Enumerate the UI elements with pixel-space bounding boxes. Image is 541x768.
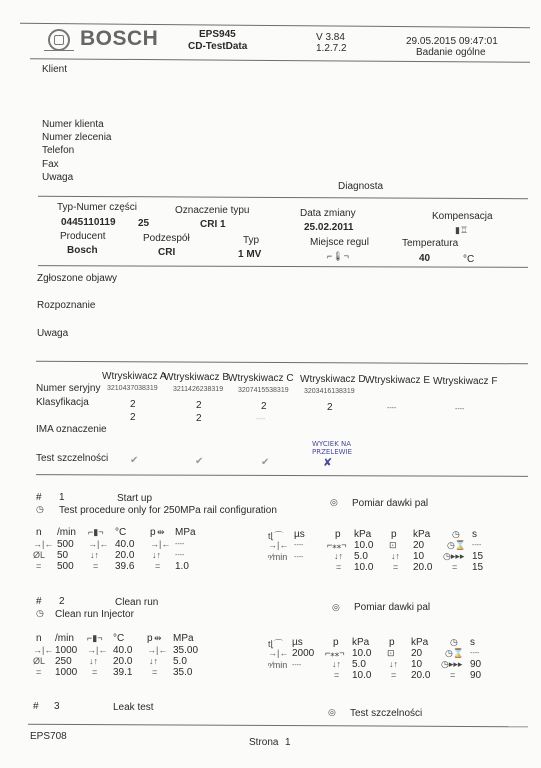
step1-duration-eq: = [452, 562, 457, 572]
step1-duration-unit: s [472, 529, 477, 540]
subassembly: CRI [158, 247, 175, 258]
step1-p1-label: p [335, 529, 341, 540]
thermometer-icon: ▮♖ [455, 225, 468, 236]
step1-pressure-actual: 1.0 [175, 561, 189, 572]
step1-hash: # [36, 492, 42, 503]
step2-measure-icon: ◎ [332, 602, 340, 613]
step3-name: Leak test [113, 702, 154, 713]
injectors-rule [36, 474, 528, 477]
build-number: 1.2.7.2 [316, 43, 347, 54]
step1-speed-set: 500 [57, 539, 74, 550]
step2-pressure-set-symbol: →|← [147, 645, 167, 655]
ima-label: IMA oznaczenie [36, 424, 107, 435]
step2-timer-run-icon: ◷▸▸▸ [441, 659, 462, 670]
step1-return-icon: ⊡ [389, 540, 397, 551]
product-name: EPS945 [199, 29, 236, 40]
step1-temp-set: 40.0 [115, 539, 134, 550]
report-datetime: 29.05.2015 09:47:01 [406, 36, 498, 47]
step2-time-rpm: ---- [292, 662, 301, 669]
step2-speed-set: 1000 [55, 645, 77, 656]
change-date-label: Data zmiany [300, 208, 356, 219]
injector-header-a: Wtryskiwacz A [102, 371, 166, 382]
step2-description: Clean run Injector [55, 609, 134, 620]
step2-name: Clean run [115, 597, 158, 608]
step2-temp-unit: °C [113, 633, 124, 644]
step2-speed-tol-symbol: ØL [33, 656, 45, 666]
step2-speed-tol: 250 [55, 656, 72, 667]
step1-p2-label: p [391, 529, 397, 540]
part-suffix: 25 [138, 218, 149, 229]
type-designation-label: Oznaczenie typu [175, 205, 250, 216]
step2-p2-set: 20 [411, 648, 422, 659]
class-d-1: 2 [327, 402, 333, 413]
step1-speed-tol: 50 [57, 550, 68, 561]
step2-duration-actual: 90 [470, 670, 481, 681]
step2-measure: Pomiar dawki pal [354, 602, 430, 613]
temperature-value: 40 [419, 253, 430, 264]
step2-pressure-tol: 5.0 [173, 656, 187, 667]
class-c-1: 2 [261, 401, 267, 412]
notes-rule [36, 361, 528, 365]
step2-clock-icon: ◷ [36, 608, 44, 619]
step1-number: 1 [59, 492, 65, 503]
type-value: 1 MV [238, 249, 261, 260]
step1-p1-eq: = [336, 562, 341, 572]
doc-type: CD-TestData [188, 41, 247, 52]
part-number: 0445110119 [61, 217, 116, 228]
step2-p1-label: p [333, 637, 339, 648]
step1-timer-run-icon: ◷▸▸▸ [443, 551, 464, 562]
step1-pressure-set: ---- [175, 541, 184, 548]
step1-p2-tol-symbol: ↓↑ [391, 551, 400, 561]
step2-timer-icon: ◷ [450, 637, 458, 648]
step1-pressure-eq: = [155, 561, 160, 571]
step1-p2-set: 20 [413, 540, 424, 551]
step2-p1-tol-symbol: ↓↑ [332, 659, 341, 669]
step2-p1-actual: 10.0 [352, 670, 371, 681]
step1-time-unit: µs [294, 529, 305, 540]
step1-p1-tol-symbol: ↓↑ [334, 551, 343, 561]
brand-logo: BOSCH [80, 27, 158, 51]
part-number-label: Typ-Numer części [57, 202, 137, 213]
injector-header-d: Wtryskiwacz D [300, 374, 366, 385]
step2-timer-wait-icon: ◷⌛ [445, 648, 464, 659]
step2-p2-tol-symbol: ↓↑ [389, 659, 398, 669]
step2-temp-set: 40.0 [113, 645, 132, 656]
step2-speed-label: n [36, 633, 42, 644]
step1-speed-tol-symbol: ØL [33, 550, 45, 560]
serial-label: Numer seryjny [36, 383, 100, 394]
test-type: Badanie ogólne [416, 47, 486, 58]
step1-temp-tol-symbol: ↓↑ [90, 550, 99, 560]
step2-pressure-label: p [147, 633, 153, 644]
step1-p1-set: 10.0 [354, 540, 373, 551]
step1-pressure-unit: MPa [175, 527, 196, 538]
step2-per-min-symbol: ⁿ⁄min [268, 660, 287, 670]
client-title: Klient [42, 64, 67, 75]
temperature-unit: °C [463, 254, 474, 265]
step1-timer-wait-icon: ◷⌛ [447, 540, 466, 551]
step1-duration-actual: 15 [472, 562, 483, 573]
class-b-1: 2 [196, 400, 202, 411]
step1-p2-eq: = [393, 562, 398, 572]
handwritten-note: WYCIEK NA PRZELEWIE [312, 440, 352, 456]
step1-duration-wait: ---- [472, 542, 481, 549]
step3-number: 3 [54, 701, 60, 712]
step1-pressure-label: p [150, 527, 156, 538]
injector-header-b: Wtryskiwacz B [164, 372, 229, 383]
injector-header-c: Wtryskiwacz C [228, 373, 294, 384]
step1-clock-icon: ◷ [36, 504, 44, 515]
step1-timer-icon: ◷ [452, 529, 460, 540]
notes-remarks-label: Uwaga [37, 328, 68, 339]
step2-temp-tol: 20.0 [113, 656, 132, 667]
step1-temp-tol: 20.0 [115, 550, 134, 561]
step2-time-set: 2000 [292, 648, 314, 659]
class-b-2: 2 [196, 413, 202, 424]
client-field-number: Numer klienta [42, 119, 104, 130]
rail-thermometer-icon: ⌐🌡¬ [327, 251, 349, 262]
step1-time-set-symbol: →|← [268, 540, 288, 550]
step2-pressure-unit: MPa [173, 633, 194, 644]
class-e-1: ---- [387, 405, 396, 412]
step2-speed-unit: /min [55, 633, 74, 644]
step2-return-icon: ⊡ [387, 648, 395, 659]
step3-hash: # [33, 701, 39, 712]
step1-temp-set-symbol: →|← [88, 539, 108, 549]
step2-pressure-actual: 35.0 [173, 667, 192, 678]
handwritten-cross: ✘ [323, 456, 332, 469]
type-designation: CRI 1 [200, 219, 226, 230]
step2-p2-eq: = [391, 670, 396, 680]
step2-temp-set-symbol: →|← [87, 645, 107, 655]
leak-check-a: ✔ [130, 455, 138, 466]
step1-rail-temp-icon: ⌐▮¬ [88, 527, 103, 538]
footer-rule [28, 724, 528, 728]
step2-temp-eq: = [92, 667, 97, 677]
type-label: Typ [243, 235, 259, 246]
step2-duration-eq: = [450, 670, 455, 680]
step1-rail-pressure-icon: ⇹ [157, 527, 165, 538]
step1-rail-icon: ⌐⁎⁎¬ [327, 540, 347, 551]
step1-p2-tol: 10 [413, 551, 424, 562]
step2-rail-pressure-icon: ⇹ [154, 633, 162, 644]
serial-a: 3210437038319 [107, 385, 158, 392]
step1-measure: Pomiar dawki pal [352, 498, 428, 509]
client-field-remarks: Uwaga [42, 172, 73, 183]
step1-pressure-tol-symbol: ↓↑ [152, 550, 161, 560]
step2-temp-actual: 39.1 [113, 667, 132, 678]
step1-time-rpm: ---- [294, 554, 303, 561]
step2-temp-tol-symbol: ↓↑ [89, 656, 98, 666]
compensation-label: Kompensacja [432, 211, 493, 222]
step1-p1-unit: kPa [354, 529, 371, 540]
step2-duration-unit: s [470, 637, 475, 648]
step1-p1-actual: 10.0 [354, 562, 373, 573]
injector-header-f: Wtryskiwacz F [433, 376, 497, 387]
step2-p1-unit: kPa [352, 637, 369, 648]
header-bottom-rule [30, 58, 530, 62]
step1-speed-unit: /min [57, 527, 76, 538]
step1-time-set: ---- [294, 542, 303, 549]
step1-measure-icon: ◎ [330, 497, 338, 508]
step1-temp-unit: °C [115, 527, 126, 538]
step2-rail-icon: ⌐⁎⁎¬ [325, 648, 345, 659]
step2-duration-wait: ---- [470, 650, 479, 657]
step2-p1-eq: = [334, 670, 339, 680]
client-field-order: Numer zlecenia [42, 132, 111, 143]
step1-pressure-set-symbol: →|← [150, 539, 170, 549]
step1-p2-unit: kPa [413, 529, 430, 540]
footer-page-number: 1 [285, 737, 291, 748]
step1-eq-symbol: = [36, 561, 41, 571]
change-date: 25.02.2011 [304, 222, 354, 233]
producer-label: Producent [60, 231, 106, 242]
footer-code: EPS708 [30, 731, 67, 742]
diagnostician-label: Diagnosta [338, 181, 383, 192]
step3-measure-icon: ◎ [328, 707, 336, 718]
step1-description: Test procedure only for 250MPa rail conf… [59, 505, 277, 516]
step1-temp-actual: 39.6 [115, 561, 134, 572]
client-rule [38, 196, 528, 200]
step2-set-symbol: →|← [33, 645, 53, 655]
footer-page-label: Strona [249, 737, 278, 748]
symptoms-label: Zgłoszone objawy [37, 273, 117, 284]
bosch-logo-icon [48, 29, 70, 51]
logo-underline [44, 50, 74, 51]
serial-c: 3207415538319 [238, 387, 289, 394]
step2-p2-unit: kPa [411, 637, 428, 648]
step1-duration-run: 15 [472, 551, 483, 562]
step1-pressure-tol: ---- [175, 552, 184, 559]
step1-speed-actual: 500 [57, 561, 74, 572]
step2-p2-label: p [389, 637, 395, 648]
step1-per-min-symbol: ⁿ⁄min [268, 552, 287, 562]
version: V 3.84 [316, 32, 345, 43]
class-f-1: ---- [455, 406, 464, 413]
step2-p1-set: 10.0 [352, 648, 371, 659]
step1-speed-label: n [36, 527, 42, 538]
producer: Bosch [67, 245, 98, 256]
step2-number: 2 [59, 596, 65, 607]
step2-pressure-set: 35.00 [173, 645, 198, 656]
step2-eq-symbol: = [36, 667, 41, 677]
step2-p2-actual: 20.0 [411, 670, 430, 681]
client-field-fax: Fax [42, 159, 59, 170]
class-a-1: 2 [130, 399, 136, 410]
class-c-2: ---- [256, 416, 265, 423]
diagnosis-label: Rozpoznanie [37, 300, 95, 311]
leak-check-c: ✔ [261, 457, 269, 468]
step2-rail-temp-icon: ⌐▮¬ [87, 633, 102, 644]
step2-speed-actual: 1000 [55, 667, 77, 678]
step1-name: Start up [117, 493, 152, 504]
step2-pressure-tol-symbol: ↓↑ [149, 656, 158, 666]
step1-temp-eq: = [93, 561, 98, 571]
step3-measure: Test szczelności [350, 708, 422, 719]
step2-pressure-eq: = [152, 667, 157, 677]
report-page: BOSCH EPS945 CD-TestData V 3.84 1.2.7.2 … [0, 0, 541, 768]
step1-p1-tol: 5.0 [354, 551, 368, 562]
part-rule [38, 265, 528, 268]
step1-p2-actual: 20.0 [413, 562, 432, 573]
leak-check-b: ✔ [195, 456, 203, 467]
step1-set-symbol: →|← [33, 539, 53, 549]
step2-hash: # [36, 596, 42, 607]
temperature-label: Temperatura [402, 238, 458, 249]
serial-b: 3211426238319 [173, 386, 223, 393]
injector-header-e: Wtryskiwacz E [365, 375, 430, 386]
subassembly-label: Podzespół [143, 233, 190, 244]
classification-label: Klasyfikacja [36, 397, 89, 408]
leak-test-label: Test szczelności [36, 453, 108, 464]
step2-p2-tol: 10 [411, 659, 422, 670]
control-place-label: Miejsce regul [310, 237, 369, 248]
step2-duration-run: 90 [470, 659, 481, 670]
client-field-phone: Telefon [42, 145, 74, 156]
step2-time-set-symbol: →|← [268, 648, 288, 658]
serial-d: 3203416138319 [304, 388, 355, 395]
step2-time-unit: µs [292, 637, 303, 648]
step2-p1-tol: 5.0 [352, 659, 366, 670]
class-a-2: 2 [130, 412, 136, 423]
